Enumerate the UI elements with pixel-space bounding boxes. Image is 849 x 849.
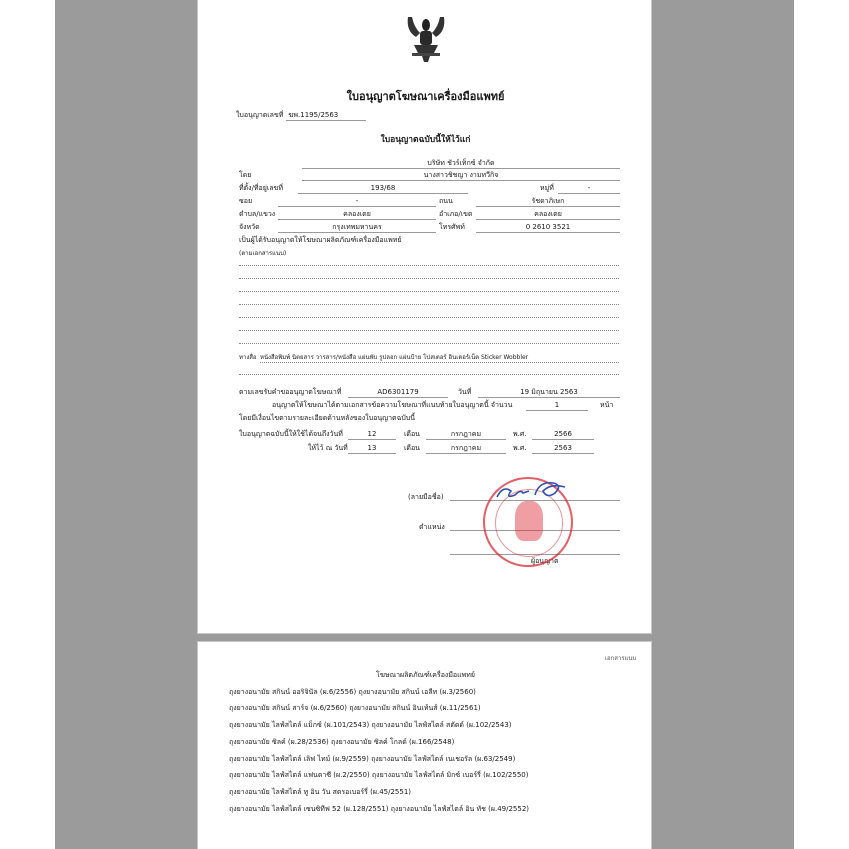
blank-line <box>239 297 619 305</box>
attachment-heading: โฆษณาผลิตภัณฑ์เครื่องมือแพทย์ <box>198 671 653 680</box>
issued-month-label: เดือน <box>404 444 420 453</box>
garuda-emblem-icon <box>404 13 448 63</box>
valid-day: 12 <box>348 430 396 440</box>
date-label: วันที่ <box>458 388 471 397</box>
by-label: โดย <box>239 171 251 180</box>
by-value: นางสาวชิชญา งามทวีกิจ <box>302 171 620 181</box>
issued-label: ให้ไว้ ณ วันที่ <box>308 444 348 453</box>
phone-value: 0 2610 3521 <box>476 223 620 233</box>
product-line: ถุงยางอนามัย ไลฟ์สไตล์ แฟนตาซี (ผ.2/2550… <box>229 771 528 780</box>
pages-unit: หน้า <box>600 401 613 410</box>
blank-line <box>239 258 619 266</box>
district-label: อำเภอ/เขต <box>439 210 472 219</box>
district-value: คลองเตย <box>476 210 620 220</box>
valid-year: 2566 <box>532 430 594 440</box>
issued-day: 13 <box>348 444 396 454</box>
product-line: ถุงยางอนามัย ไลฟ์สไตล์ ทู อิน วัน สตรอเบ… <box>229 788 411 797</box>
licensee-statement: เป็นผู้ได้รับอนุญาตให้โฆษณาผลิตภัณฑ์เครื… <box>239 236 401 245</box>
request-no-value: AD6301179 <box>348 388 448 398</box>
attached-note: (ตามเอกสารแนบ) <box>239 250 286 258</box>
attachment-page: เอกสารแนบ โฆษณาผลิตภัณฑ์เครื่องมือแพทย์ … <box>197 641 652 849</box>
license-title: ใบอนุญาตโฆษณาเครื่องมือแพทย์ <box>198 87 653 105</box>
position-label: ตำแหน่ง <box>419 523 445 532</box>
issued-month: กรกฎาคม <box>426 444 506 454</box>
blank-line <box>239 367 619 375</box>
issued-year-label: พ.ศ. <box>513 444 527 453</box>
blank-line <box>239 310 619 318</box>
license-page: ใบอนุญาตโฆษณาเครื่องมือแพทย์ ใบอนุญาตเลข… <box>197 0 652 634</box>
media-label: ทางสื่อ <box>239 354 257 362</box>
province-value: กรุงเทพมหานคร <box>278 223 436 233</box>
document-viewer[interactable]: ใบอนุญาตโฆษณาเครื่องมือแพทย์ ใบอนุญาตเลข… <box>55 0 794 849</box>
blank-line <box>239 336 619 344</box>
signature-icon <box>493 477 573 505</box>
province-label: จังหวัด <box>239 223 260 232</box>
license-no: ฆพ.1195/2563 <box>286 111 366 121</box>
product-line: ถุงยางอนามัย สกินน์ สาร์จ (ผ.6/2560) ถุง… <box>229 704 481 713</box>
request-no-label: ตามเลขรับคำขออนุญาตโฆษณาที่ <box>239 388 341 397</box>
road-value: รัชดาภิเษก <box>476 197 620 207</box>
phone-label: โทรศัพท์ <box>439 223 465 232</box>
license-no-value: ฆพ.1195/2563 <box>288 111 338 119</box>
date-value: 19 มิถุนายน 2563 <box>478 388 620 398</box>
soi-value: - <box>278 197 436 207</box>
pages-count: 1 <box>526 401 588 411</box>
license-no-label: ใบอนุญาตเลขที่ <box>236 111 283 120</box>
address-value: 193/68 <box>298 184 468 194</box>
blank-line <box>239 271 619 279</box>
approval-text: อนุญาตให้โฆษณาได้ตามเอกสารข้อความโฆษณาที… <box>272 401 512 410</box>
product-line: ถุงยางอนามัย ซิลค์ (ผ.28/2536) ถุงยางอนา… <box>229 738 454 747</box>
subdistrict-value: คลองเตย <box>278 210 436 220</box>
conditions-text: โดยมีเงื่อนไขตามรายละเอียดด้านหลังของใบอ… <box>239 414 415 423</box>
product-line: ถุงยางอนามัย ไลฟ์สไตล์ เซนซิทีฟ 52 (ผ.12… <box>229 805 529 814</box>
valid-month: กรกฎาคม <box>426 430 506 440</box>
blank-line <box>239 323 619 331</box>
moo-value: - <box>558 184 620 194</box>
moo-label: หมู่ที่ <box>540 184 554 193</box>
product-line: ถุงยางอนามัย สกินน์ ออริจินัล (ผ.6/2556)… <box>229 688 476 697</box>
road-label: ถนน <box>439 197 453 206</box>
valid-year-label: พ.ศ. <box>513 430 527 439</box>
product-line: ถุงยางอนามัย ไลฟ์สไตล์ เลิฟ ไทม์ (ผ.9/25… <box>229 755 515 764</box>
address-label: ที่ตั้ง/ที่อยู่เลขที่ <box>239 184 283 193</box>
attachment-tag: เอกสารแนบ <box>605 655 636 663</box>
blank-line <box>239 284 619 292</box>
license-subtitle: ใบอนุญาตฉบับนี้ให้ไว้แก่ <box>198 132 653 146</box>
company-name: บริษัท ชัวร์เท็กซ์ จำกัด <box>302 159 620 169</box>
valid-until-label: ใบอนุญาตฉบับนี้ให้ใช้ได้จนถึงวันที่ <box>239 430 343 439</box>
issued-year: 2563 <box>532 444 594 454</box>
soi-label: ซอย <box>239 197 252 206</box>
signature-label: (ลายมือชื่อ) <box>408 493 444 502</box>
seal-garuda-icon <box>515 501 543 541</box>
product-line: ถุงยางอนามัย ไลฟ์สไตล์ แม็กซ์ (ผ.101/254… <box>229 721 512 730</box>
media-value: หนังสือพิมพ์ นิตยสาร วารสาร/หนังสือ แผ่น… <box>260 354 619 363</box>
subdistrict-label: ตำบล/แขวง <box>239 210 275 219</box>
valid-month-label: เดือน <box>404 430 420 439</box>
